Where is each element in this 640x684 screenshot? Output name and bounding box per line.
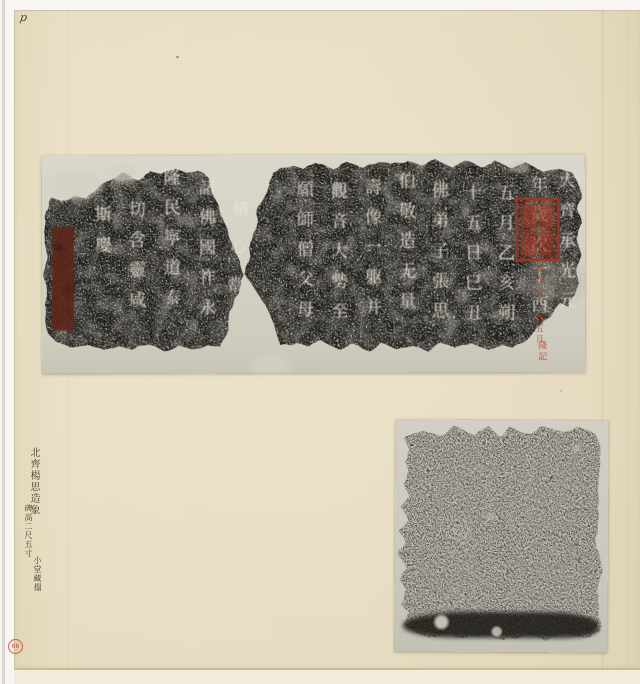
catalog-note-column: 小堂藏搨 [33,556,41,592]
stamp-number: 66 [12,643,20,650]
main-rubbing-sheet: 大齊承光元 年歲次丁酉 五月乙亥朔 十五日巳丑 佛弟子張思 伯敬造无量 壽像一躯… [42,154,586,373]
vermillion-annotation: 隆記 [536,340,545,362]
scanned-album-page: p [0,0,640,684]
seal-character-blob [538,230,554,255]
rubbing-text-column: 五月乙亥朔 [495,183,512,333]
crease-line [627,11,630,669]
small-rubbing-sheet: 造像記殘 爲亡父母 敬造石像 一區供養 [394,419,608,652]
scan-edge-line [2,0,5,684]
faint-text-column: 爲亡父母 [503,468,514,536]
ink-dark-band [402,611,598,638]
rubbing-text-column: 隆民寧道泰 [161,168,178,318]
seal-character-blob [521,230,537,255]
seal-character-blob [521,203,537,228]
rubbing-text-column: 一切含靈咸 [126,170,143,320]
faint-text-column: 一區供養 [463,512,474,580]
rubbing-text-column: 諸佛國祚永 [196,178,213,328]
rubbing-text-column: 伯敬造无量 [396,172,413,322]
collector-oblong-seal [52,227,74,331]
rubbing-text-column: 佛弟子張思 [429,182,446,332]
album-page-bottom-edge [14,668,640,684]
vermillion-annotation: 承光元年丁酉五月 [535,264,543,344]
collector-square-seal [515,197,560,261]
faint-text-column: 造像記殘 [523,455,534,523]
rubbing-text-column: 斯慶 [92,206,109,266]
rubbing-text-column: 十五日巳丑 [462,184,479,334]
foxing-speck [176,56,179,58]
seal-character-blob [538,203,554,228]
collection-stamp: 66 [8,639,23,654]
foxing-speck [560,390,562,392]
rubbing-text-column: 壽像一躯并 [362,178,379,328]
rubbing-text-column: 觀音大勢至 [328,182,345,332]
catalog-note-column: 碑高二尺五寸 [24,504,32,558]
rubbing-text-column: 願師僧父母 [294,180,311,330]
faint-text-column: 敬造石像 [483,482,494,550]
